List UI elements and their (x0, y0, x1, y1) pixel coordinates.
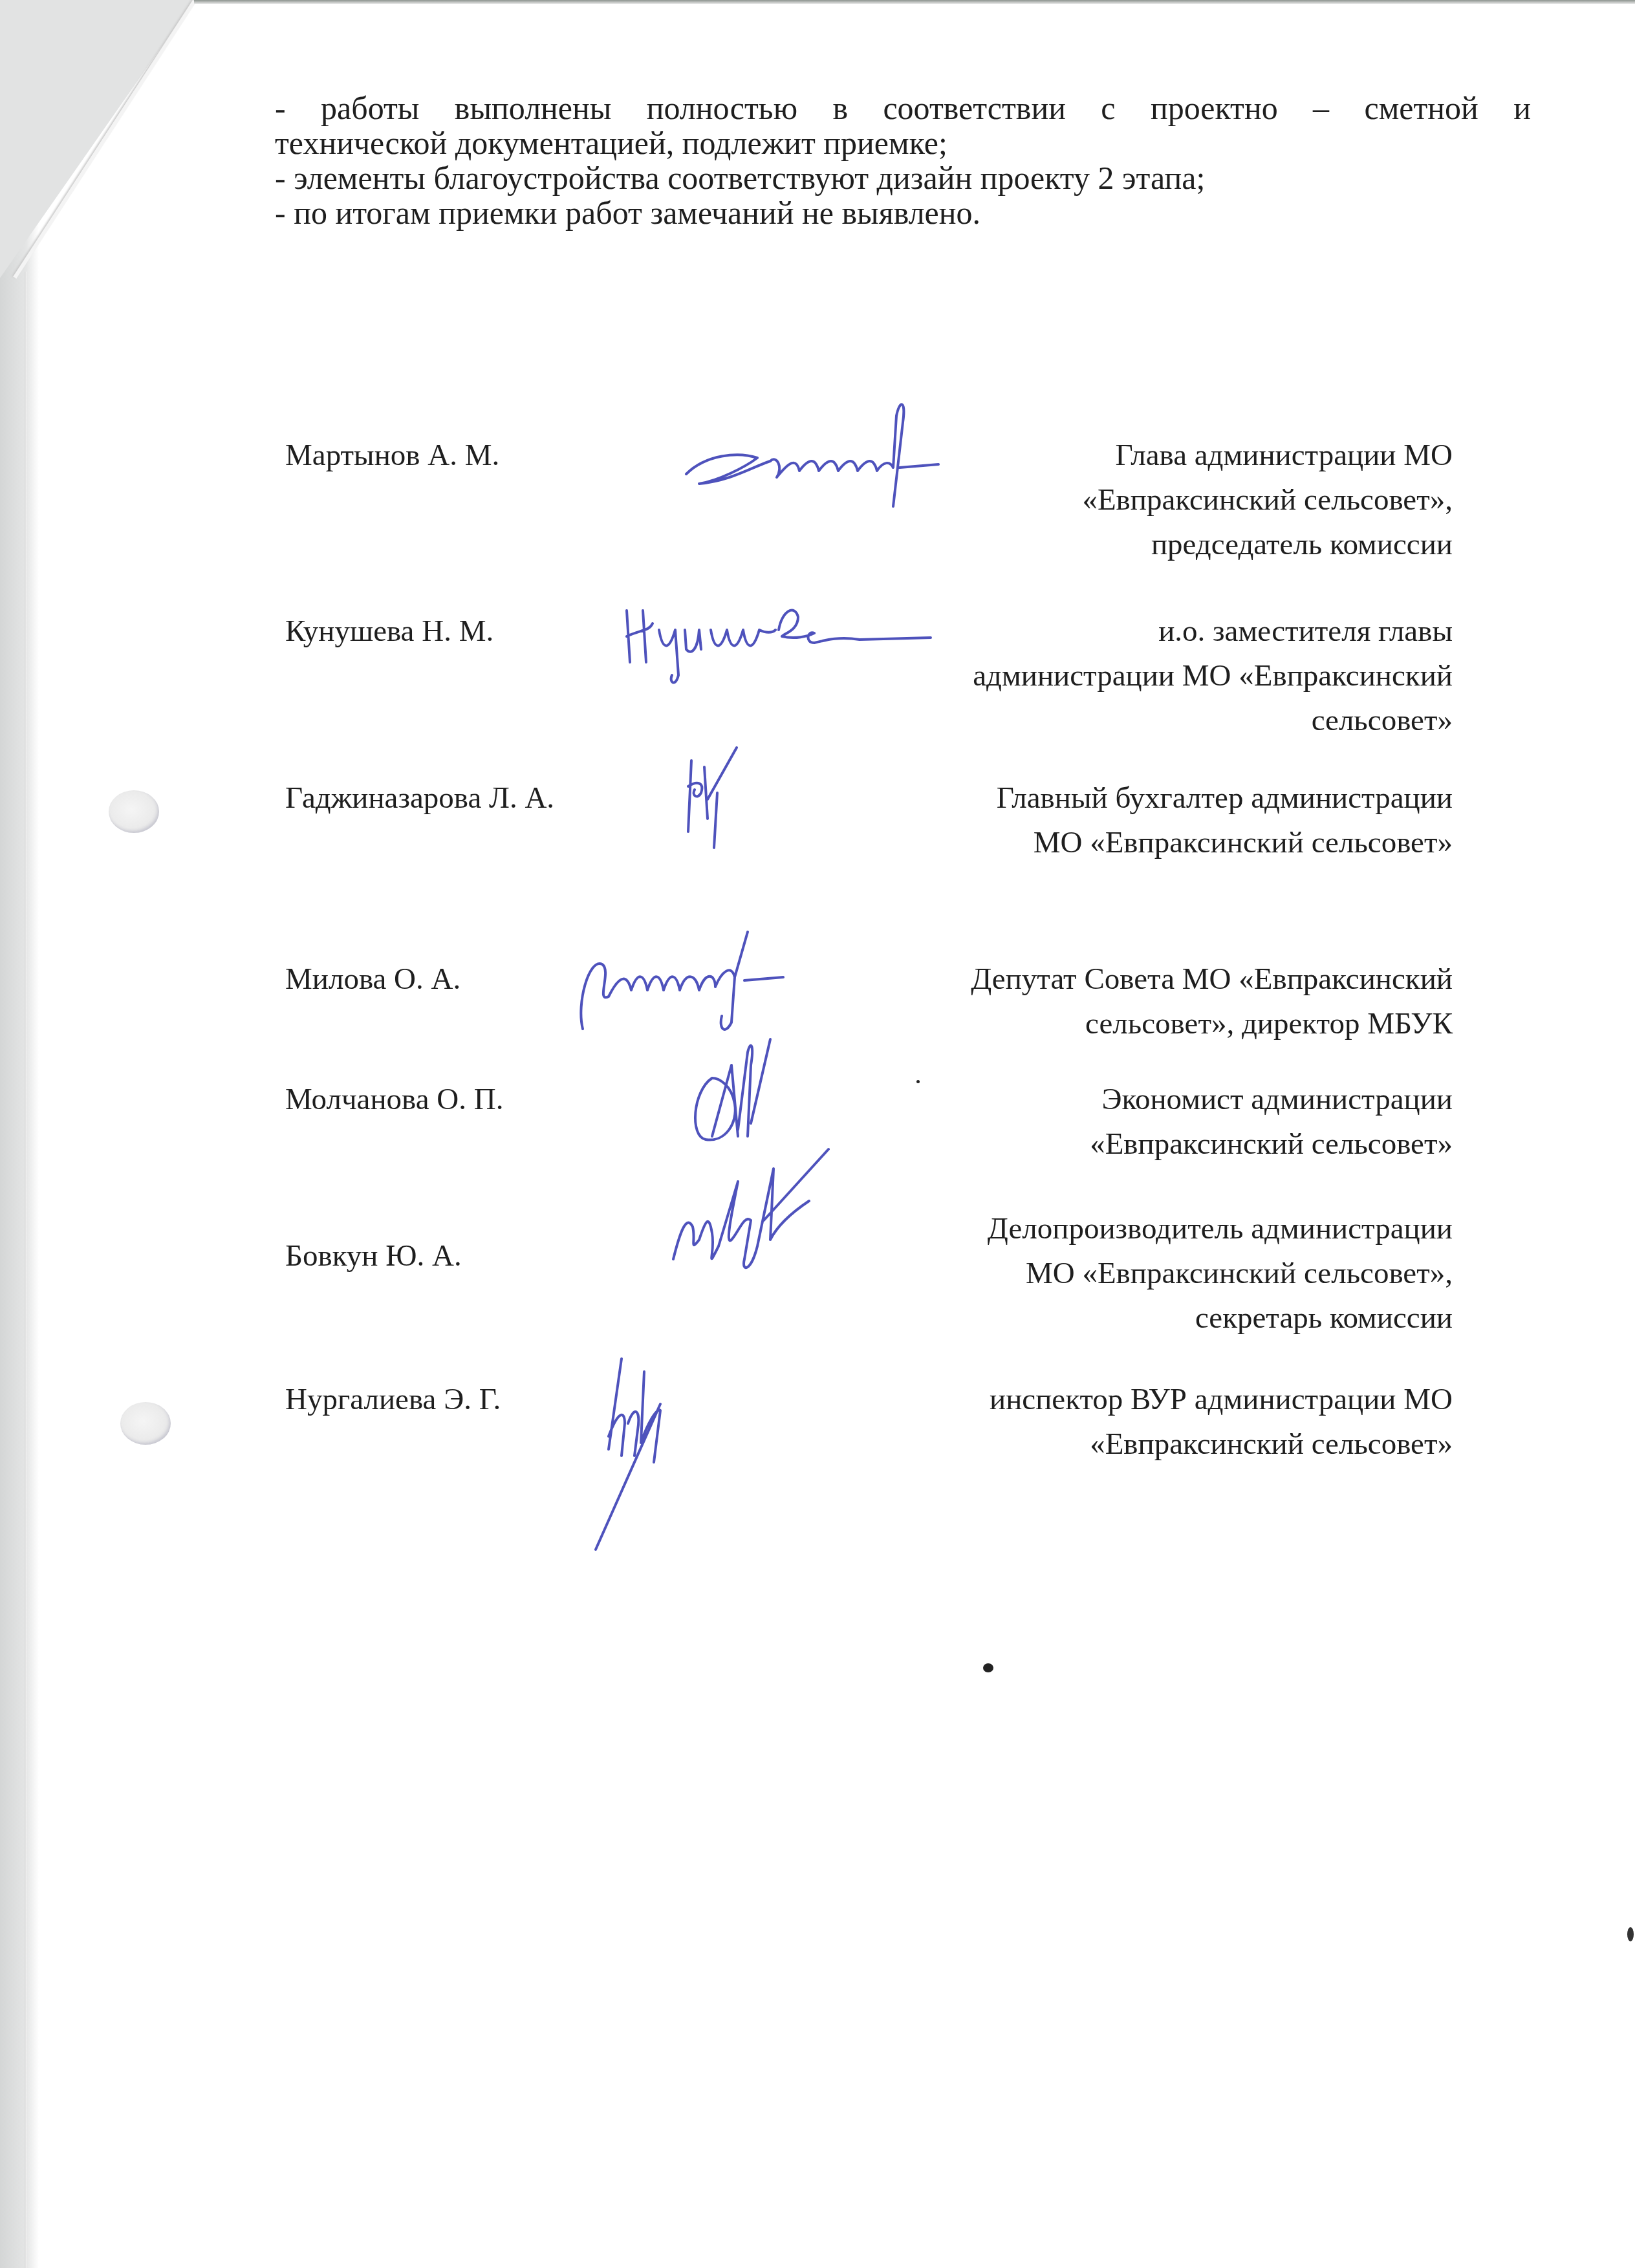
signatory-row: Бовкун Ю. А. Делопроизводитель администр… (285, 1204, 1453, 1346)
title-line: МО «Евпраксинский сельсовет» (997, 821, 1453, 865)
title-line: сельсовет» (973, 698, 1453, 743)
title-line: «Евпраксинский сельсовет» (990, 1422, 1453, 1467)
title-line: МО «Евпраксинский сельсовет», (988, 1251, 1453, 1296)
signatory-row: Молчанова О. П. Экономист администрации … (285, 1075, 1453, 1217)
signatory-title: инспектор ВУР администрации МО «Евпракси… (990, 1377, 1453, 1467)
handwritten-signature-icon (660, 1143, 835, 1291)
paper-left-edge (25, 272, 27, 2268)
signatory-title: Экономист администрации «Евпраксинский с… (1090, 1077, 1453, 1167)
title-line: администрации МО «Евпраксинский (973, 654, 1453, 698)
handwritten-signature-icon (678, 741, 750, 851)
title-line: председатель комиссии (1082, 523, 1453, 567)
ink-speck (1627, 1927, 1634, 1941)
punch-hole-icon (120, 1402, 171, 1445)
scanner-bed-shadow (0, 0, 207, 2268)
signatory-title: Главный бухгалтер администрации МО «Евпр… (997, 776, 1453, 865)
title-line: «Евпраксинский сельсовет», (1082, 478, 1453, 523)
title-line: Главный бухгалтер администрации (997, 776, 1453, 821)
signatory-name: Нургалиева Э. Г. (285, 1377, 501, 1422)
signatory-row: Мартынов А. М. Глава администрации МО «Е… (285, 426, 1453, 568)
signatory-title: Глава администрации МО «Евпраксинский се… (1082, 433, 1453, 567)
signatory-row: Кунушева Н. М. и.о. заместителя главы ад… (285, 591, 1453, 733)
paragraph-works-completed-line1: - работы выполнены полностью в соответст… (275, 91, 1531, 125)
title-line: сельсовет», директор МБУК (971, 1002, 1453, 1046)
signatory-name: Милова О. А. (285, 957, 460, 1002)
signatory-row: Гаджиназарова Л. А. Главный бухгалтер ад… (285, 773, 1453, 916)
handwritten-signature-icon (589, 1346, 693, 1553)
signatory-name: Мартынов А. М. (285, 433, 499, 478)
punch-hole-icon (109, 790, 159, 833)
title-line: секретарь комиссии (988, 1296, 1453, 1341)
document-body: - работы выполнены полностью в соответст… (275, 91, 1531, 230)
title-line: инспектор ВУР администрации МО (990, 1377, 1453, 1422)
title-line: Глава администрации МО (1082, 433, 1453, 478)
signatory-name: Гаджиназарова Л. А. (285, 776, 554, 821)
ink-speck (983, 1663, 993, 1672)
title-line: «Евпраксинский сельсовет» (1090, 1122, 1453, 1167)
signatory-title: Делопроизводитель администрации МО «Евпр… (988, 1207, 1453, 1341)
signatory-title: и.о. заместителя главы администрации МО … (973, 609, 1453, 743)
title-line: Депутат Совета МО «Евпраксинский (971, 957, 1453, 1002)
signatory-name: Кунушева Н. М. (285, 609, 493, 654)
paragraph-no-remarks: - по итогам приемки работ замечаний не в… (275, 195, 1531, 230)
handwritten-signature-icon (686, 1026, 783, 1149)
title-line: Делопроизводитель администрации (988, 1207, 1453, 1251)
signatory-name: Молчанова О. П. (285, 1077, 503, 1122)
paragraph-landscaping-elements: - элементы благоустройства соответствуют… (275, 160, 1531, 195)
signatory-title: Депутат Совета МО «Евпраксинский сельсов… (971, 957, 1453, 1046)
signatory-name: Бовкун Ю. А. (285, 1234, 462, 1279)
handwritten-signature-icon (680, 396, 951, 519)
handwritten-signature-icon (570, 925, 828, 1042)
title-line: Экономист администрации (1090, 1077, 1453, 1122)
paper-top-edge (194, 0, 1635, 4)
title-line: и.о. заместителя главы (973, 609, 1453, 654)
paragraph-works-completed-line2: технической документацией, подлежит прие… (275, 125, 1531, 160)
signatory-row: Нургалиева Э. Г. инспектор ВУР администр… (285, 1375, 1453, 1517)
handwritten-signature-icon (614, 585, 937, 695)
